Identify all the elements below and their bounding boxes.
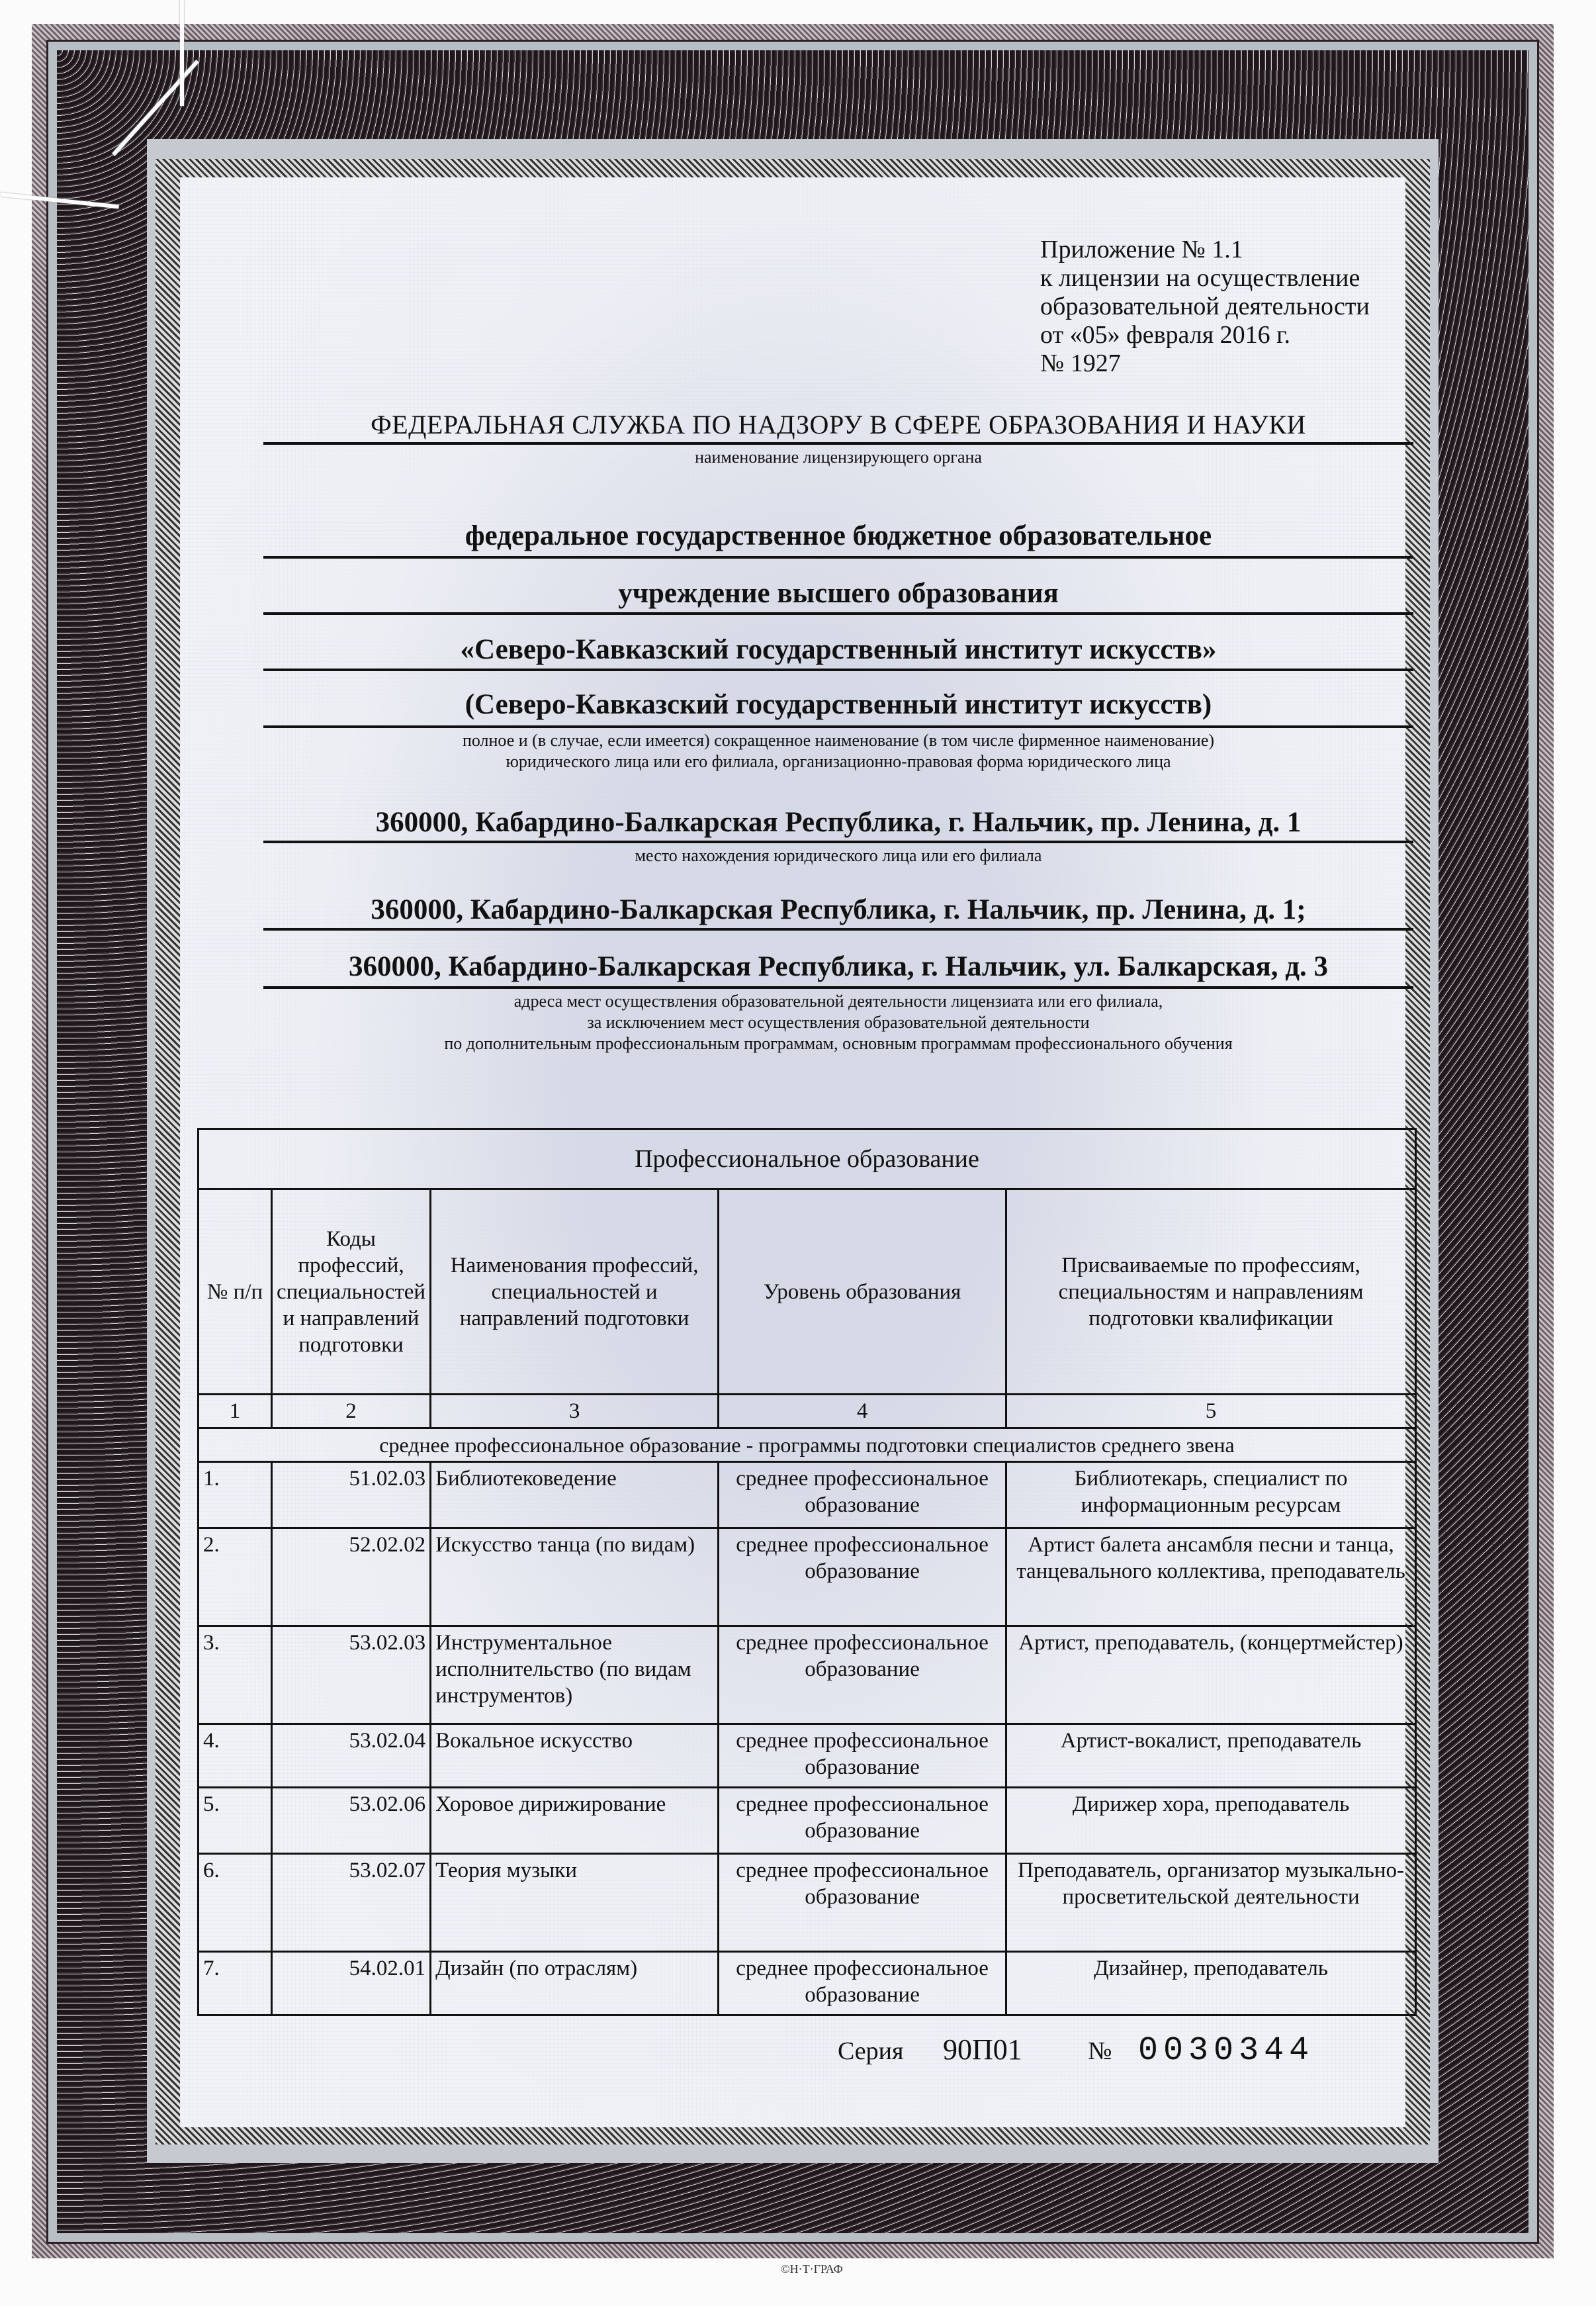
row-number: 5. <box>199 1788 272 1854</box>
section-heading: среднее профессиональное образование - п… <box>199 1428 1416 1462</box>
table-row: 3.53.02.03Инструментальное исполнительст… <box>199 1626 1416 1724</box>
activity-address-caption: адреса мест осуществления образовательно… <box>263 992 1413 1011</box>
program-code: 53.02.04 <box>272 1724 431 1788</box>
column-number: 4 <box>719 1395 1006 1428</box>
program-name: Библиотековедение <box>431 1462 719 1528</box>
licensee-short-name: (Северо-Кавказский государственный инсти… <box>263 688 1413 721</box>
program-code: 53.02.07 <box>272 1854 431 1952</box>
appendix-reference: Приложение № 1.1 к лицензии на осуществл… <box>1040 236 1370 378</box>
form-number: 0030344 <box>1138 2032 1314 2070</box>
column-header: № п/п <box>199 1189 272 1395</box>
activity-address-caption: по дополнительным профессиональным прогр… <box>263 1034 1413 1054</box>
program-code: 53.02.03 <box>272 1626 431 1724</box>
licensee-name-line: федеральное государственное бюджетное об… <box>263 520 1413 552</box>
table-row: 6.53.02.07Теория музыкисреднее профессио… <box>199 1854 1416 1952</box>
legal-address: 360000, Кабардино-Балкарская Республика,… <box>263 806 1413 839</box>
program-code: 51.02.03 <box>272 1462 431 1528</box>
program-name: Вокальное искусство <box>431 1724 719 1788</box>
licensee-caption: юридического лица или его филиала, орган… <box>263 752 1413 772</box>
appendix-line: образовательной деятельности <box>1040 293 1370 321</box>
licensee-name-line: учреждение высшего образования <box>263 577 1413 610</box>
underline <box>263 669 1413 671</box>
column-number: 2 <box>272 1395 431 1428</box>
education-level: среднее профессиональное образование <box>719 1854 1006 1952</box>
program-name: Искусство танца (по видам) <box>431 1528 719 1626</box>
program-name: Инструментальное исполнительство (по вид… <box>431 1626 719 1724</box>
appendix-line: Приложение № 1.1 <box>1040 236 1370 264</box>
table-title: Профессиональное образование <box>199 1129 1416 1189</box>
column-header: Присваиваемые по профессиям, специальнос… <box>1006 1189 1416 1395</box>
appendix-line: к лицензии на осуществление <box>1040 264 1370 293</box>
program-code: 52.02.02 <box>272 1528 431 1626</box>
qualification: Артист балета ансамбля песни и танца, та… <box>1006 1528 1416 1626</box>
series-value: 90П01 <box>943 2033 1022 2066</box>
education-level: среднее профессиональное образование <box>719 1626 1006 1724</box>
education-level: среднее профессиональное образование <box>719 1462 1006 1528</box>
qualification: Дирижер хора, преподаватель <box>1006 1788 1416 1854</box>
activity-address: 360000, Кабардино-Балкарская Республика,… <box>263 950 1413 983</box>
education-programs-table: Профессиональное образование № п/п Коды … <box>197 1128 1417 2016</box>
column-number: 3 <box>431 1395 719 1428</box>
program-name: Теория музыки <box>431 1854 719 1952</box>
series-label: Серия <box>838 2037 904 2065</box>
qualification: Преподаватель, организатор музыкально-пр… <box>1006 1854 1416 1952</box>
table-row: 4.53.02.04Вокальное искусствосреднее про… <box>199 1724 1416 1788</box>
activity-address-caption: за исключением мест осуществления образо… <box>263 1013 1413 1033</box>
education-level: среднее профессиональное образование <box>719 1724 1006 1788</box>
program-code: 53.02.06 <box>272 1788 431 1854</box>
row-number: 6. <box>199 1854 272 1952</box>
qualification: Артист-вокалист, преподаватель <box>1006 1724 1416 1788</box>
row-number: 3. <box>199 1626 272 1724</box>
table-row: 2.52.02.02Искусство танца (по видам)сред… <box>199 1528 1416 1626</box>
licensing-body-name: ФЕДЕРАЛЬНАЯ СЛУЖБА ПО НАДЗОРУ В СФЕРЕ ОБ… <box>263 409 1413 440</box>
qualification: Библиотекарь, специалист по информационн… <box>1006 1462 1416 1528</box>
row-number: 4. <box>199 1724 272 1788</box>
education-level: среднее профессиональное образование <box>719 1788 1006 1854</box>
column-header: Коды профессий, специальностей и направл… <box>272 1189 431 1395</box>
underline <box>263 612 1413 615</box>
underline <box>263 928 1413 931</box>
underline <box>263 725 1413 728</box>
column-header: Уровень образования <box>719 1189 1006 1395</box>
column-header: Наименования профессий, специальностей и… <box>431 1189 719 1395</box>
licensee-name-line: «Северо-Кавказский государственный инсти… <box>263 633 1413 666</box>
program-name: Хоровое дирижирование <box>431 1788 719 1854</box>
row-number: 2. <box>199 1528 272 1626</box>
underline <box>263 442 1413 445</box>
table-row: 1.51.02.03Библиотековедениесреднее профе… <box>199 1462 1416 1528</box>
column-number: 5 <box>1006 1395 1416 1428</box>
form-series: Серия 90П01 № 0030344 <box>838 2032 1314 2070</box>
qualification: Дизайнер, преподаватель <box>1006 1952 1416 2015</box>
licensing-body-caption: наименование лицензирующего органа <box>263 447 1413 467</box>
underline <box>263 841 1413 843</box>
program-code: 54.02.01 <box>272 1952 431 2015</box>
binding-thread <box>180 0 184 106</box>
row-number: 1. <box>199 1462 272 1528</box>
row-number: 7. <box>199 1952 272 2015</box>
legal-address-caption: место нахождения юридического лица или е… <box>263 846 1413 866</box>
column-number: 1 <box>199 1395 272 1428</box>
number-label: № <box>1088 2037 1112 2065</box>
underline <box>263 986 1413 989</box>
underline <box>263 556 1413 559</box>
table-row: 7.54.02.01Дизайн (по отраслям)среднее пр… <box>199 1952 1416 2015</box>
program-name: Дизайн (по отраслям) <box>431 1952 719 2015</box>
printer-mark: ©Н·Т·ГРАФ <box>781 2262 843 2276</box>
appendix-line: от «05» февраля 2016 г. <box>1040 321 1370 349</box>
activity-address: 360000, Кабардино-Балкарская Республика,… <box>263 894 1413 926</box>
appendix-line: № 1927 <box>1040 349 1370 378</box>
licensee-caption: полное и (в случае, если имеется) сокращ… <box>263 731 1413 751</box>
education-level: среднее профессиональное образование <box>719 1528 1006 1626</box>
qualification: Артист, преподаватель, (концертмейстер) <box>1006 1626 1416 1724</box>
education-level: среднее профессиональное образование <box>719 1952 1006 2015</box>
table-row: 5.53.02.06Хоровое дирижированиесреднее п… <box>199 1788 1416 1854</box>
